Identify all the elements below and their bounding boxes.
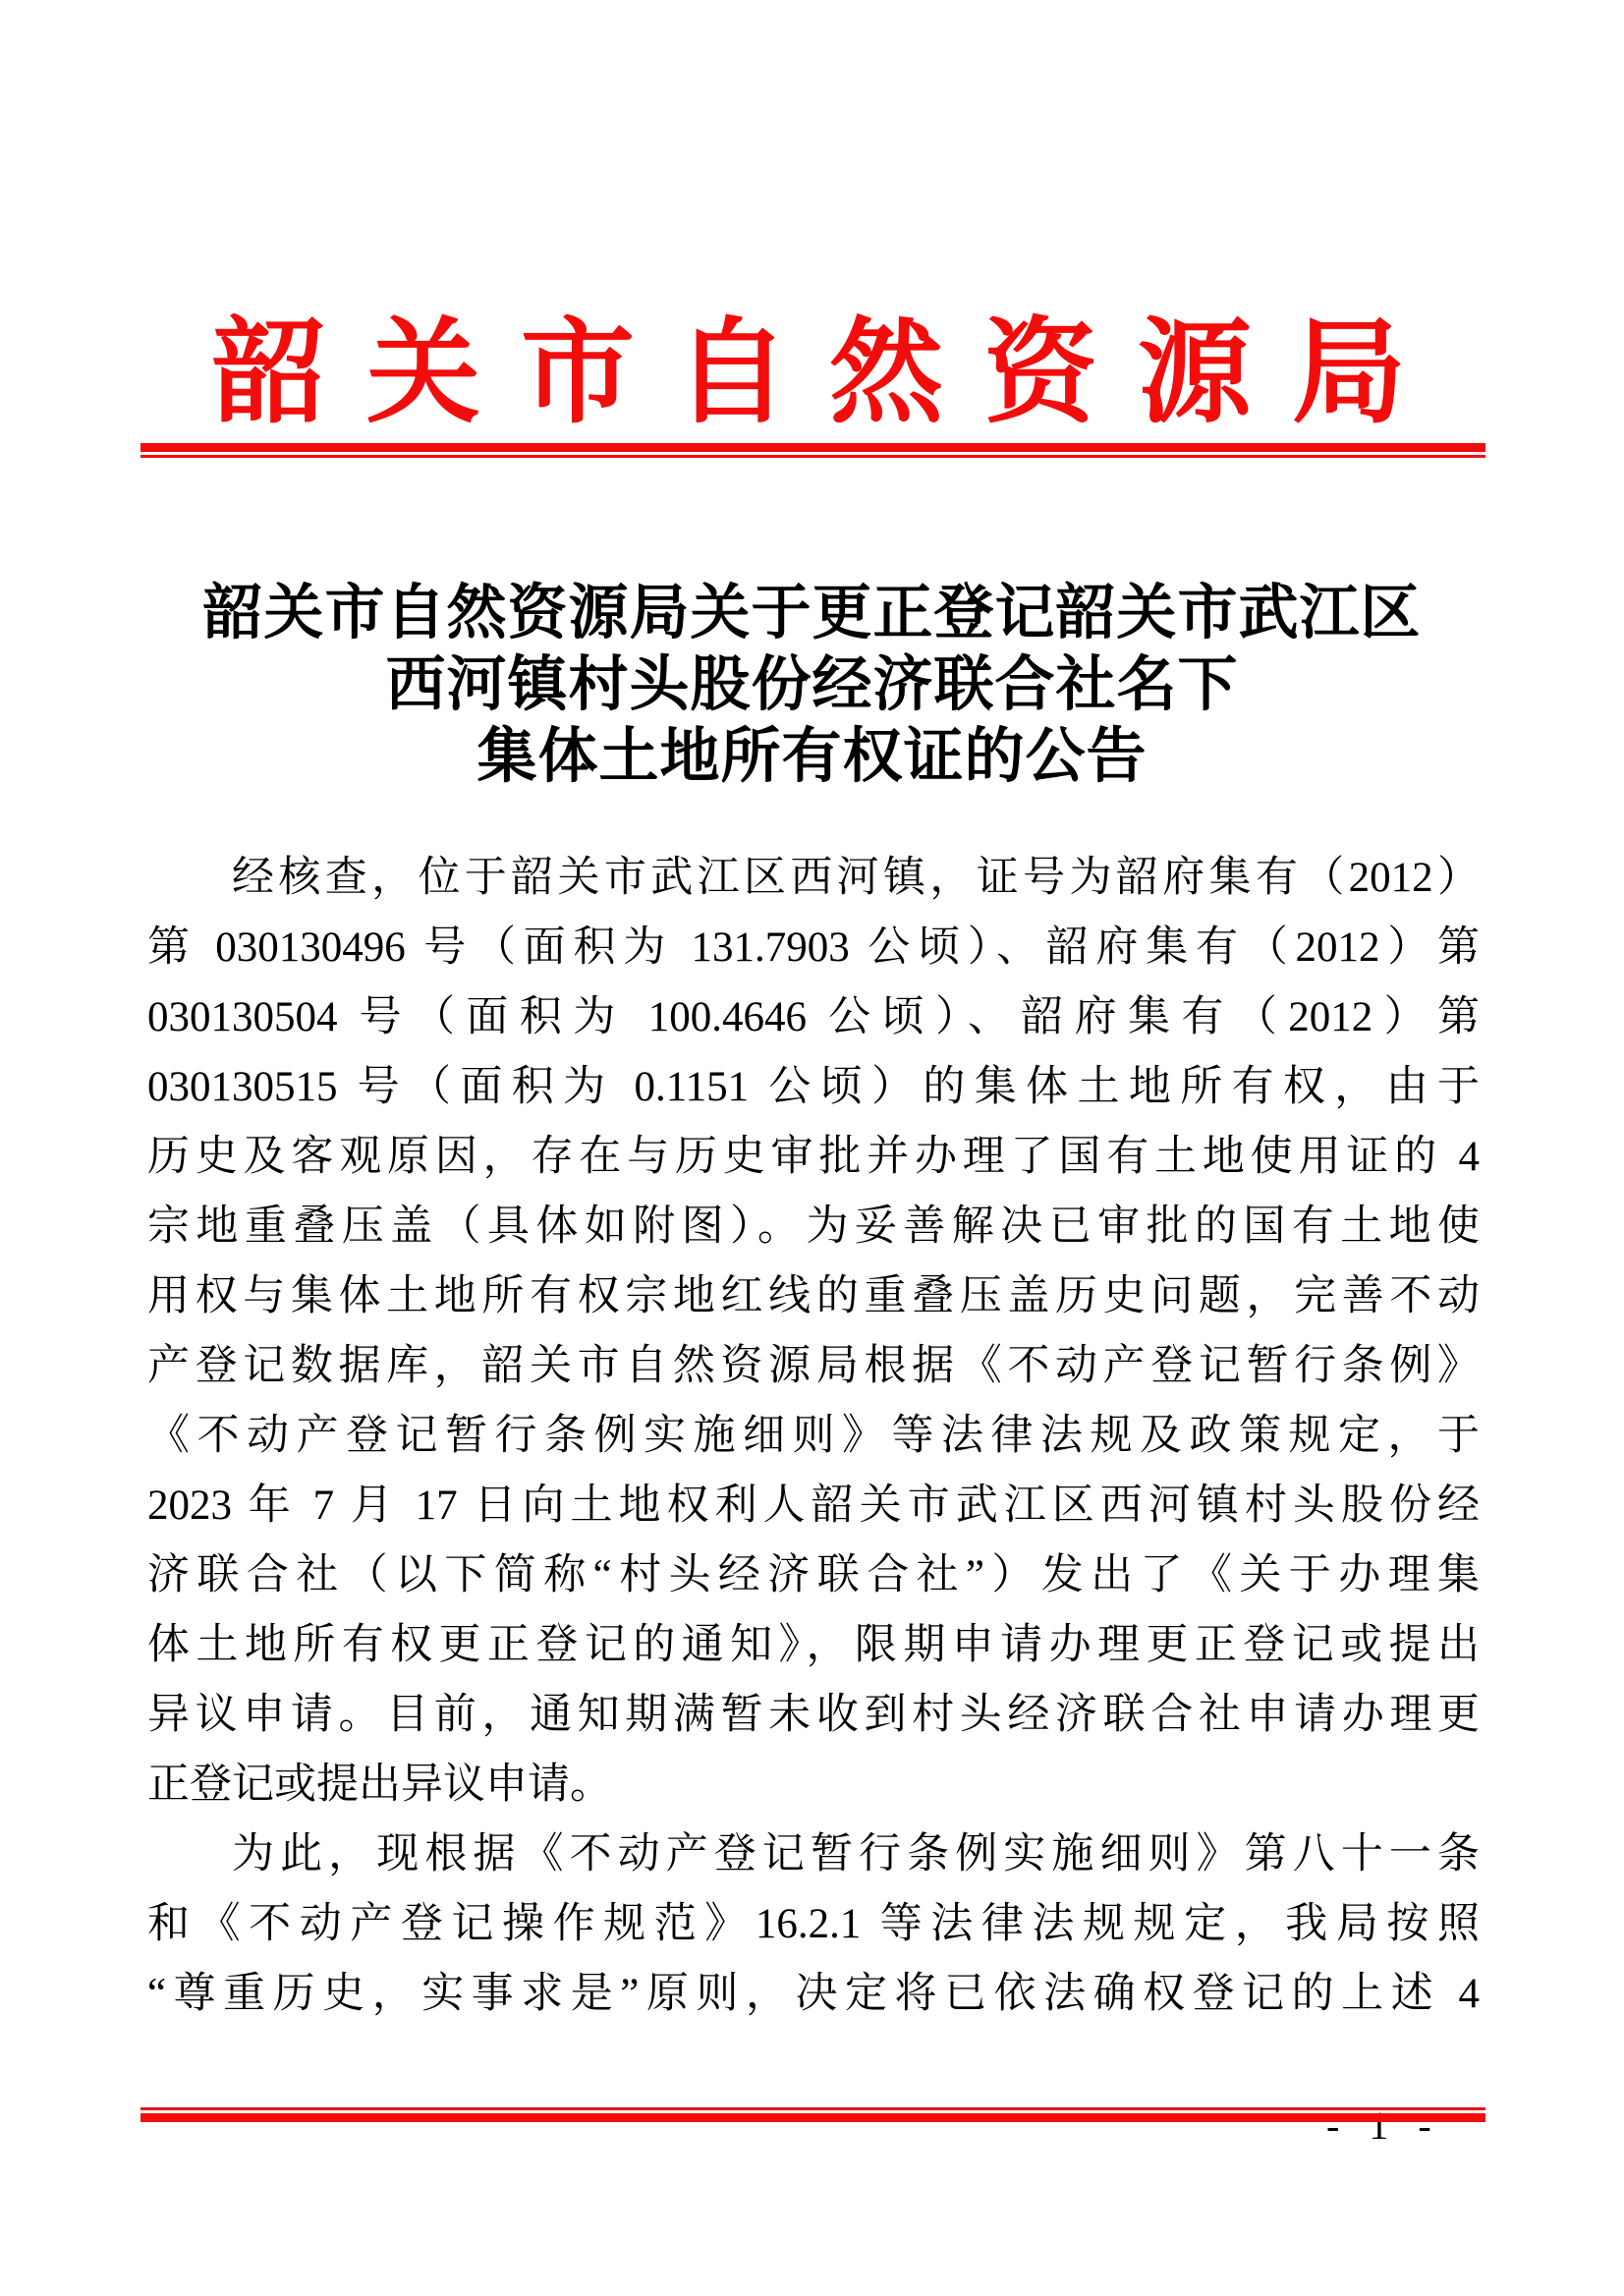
body-line: 历史及客观原因，存在与历史审批并办理了国有土地使用证的 4 (147, 1122, 1480, 1192)
body-line: 和《不动产登记操作规范》16.2.1 等法律法规规定，我局按照 (147, 1889, 1480, 1959)
agency-letterhead-title: 韶 关 市 自 然 资 源 局 (0, 281, 1624, 445)
footer-rule-thick-bar (140, 2113, 1485, 2122)
header-rule (140, 443, 1485, 458)
body-line: 为此，现根据《不动产登记暂行条例实施细则》第八十一条 (147, 1820, 1480, 1889)
body-line: 第 030130496 号（面积为 131.7903 公顷）、韶府集有（2012… (147, 913, 1480, 982)
body-line: 产登记数据库，韶关市自然资源局根据《不动产登记暂行条例》 (147, 1331, 1480, 1401)
header-rule-thin-bar (140, 455, 1485, 458)
body-line: 体土地所有权更正登记的通知》，限期申请办理更正登记或提出 (147, 1610, 1480, 1680)
document-page: 韶 关 市 自 然 资 源 局 韶关市自然资源局关于更正登记韶关市武江区 西河镇… (0, 0, 1624, 2296)
document-title-line-2: 西河镇村头股份经济联合社名下 (0, 649, 1624, 721)
body-line: 济联合社（以下简称“村头经济联合社”）发出了《关于办理集 (147, 1540, 1480, 1610)
document-title-line-3: 集体土地所有权证的公告 (0, 721, 1624, 793)
document-title: 韶关市自然资源局关于更正登记韶关市武江区 西河镇村头股份经济联合社名下 集体土地… (0, 578, 1624, 793)
body-line: 030130515 号（面积为 0.1151 公顷）的集体土地所有权，由于 (147, 1052, 1480, 1122)
body-line: 《不动产登记暂行条例实施细则》等法律法规及政策规定，于 (147, 1401, 1480, 1471)
document-body: 经核查，位于韶关市武江区西河镇，证号为韶府集有（2012） 第 03013049… (147, 843, 1480, 2029)
body-line: 异议申请。目前，通知期满暂未收到村头经济联合社申请办理更 (147, 1680, 1480, 1750)
body-line: 2023 年 7 月 17 日向土地权利人韶关市武江区西河镇村头股份经 (147, 1471, 1480, 1540)
header-rule-thick-bar (140, 443, 1485, 452)
footer-rule (140, 2107, 1485, 2122)
body-line: “尊重历史，实事求是”原则，决定将已依法确权登记的上述 4 (147, 1959, 1480, 2029)
body-line: 用权与集体土地所有权宗地红线的重叠压盖历史问题，完善不动 (147, 1261, 1480, 1331)
body-line: 030130504 号（面积为 100.4646 公顷）、韶府集有（2012）第 (147, 982, 1480, 1052)
document-title-line-1: 韶关市自然资源局关于更正登记韶关市武江区 (0, 578, 1624, 649)
body-line: 正登记或提出异议申请。 (147, 1750, 1480, 1820)
body-line: 经核查，位于韶关市武江区西河镇，证号为韶府集有（2012） (147, 843, 1480, 913)
body-line: 宗地重叠压盖（具体如附图）。为妥善解决已审批的国有土地使 (147, 1192, 1480, 1261)
